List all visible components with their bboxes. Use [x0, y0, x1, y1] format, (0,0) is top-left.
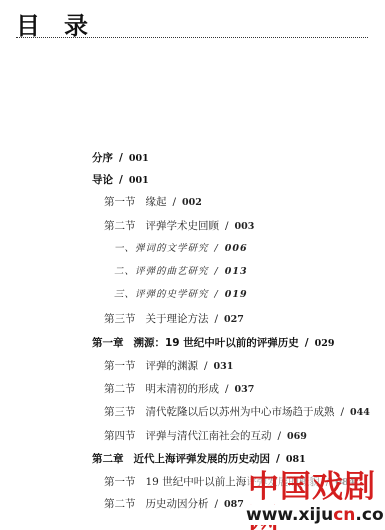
watermark-url-accent: cn	[333, 505, 355, 525]
toc-entry-separator: /	[173, 195, 177, 209]
toc-entry-number: 第二章	[92, 452, 124, 466]
toc-entry-number: 第一节	[104, 475, 136, 489]
toc-entry-separator: /	[119, 173, 123, 187]
toc-entry-page-number: 027	[224, 313, 244, 327]
toc-entry-number: 第一节	[104, 195, 136, 209]
toc-entry-separator: /	[119, 151, 123, 165]
watermark-url: www.xijucn.com	[244, 505, 385, 525]
toc-entry-separator: /	[341, 405, 345, 419]
toc-section-entry: 第二节评弹学术史回顾/003	[104, 219, 254, 234]
toc-entry-label: 导论	[92, 173, 113, 187]
toc-chapter-entry: 第二章近代上海评弹发展的历史动因/081	[92, 452, 306, 467]
toc-chapter-entry: 分序/001	[92, 151, 149, 166]
toc-entry-number: 第四节	[104, 429, 136, 443]
toc-entry-number: 第一节	[104, 359, 136, 373]
toc-chapter-entry: 第一章溯源：19 世纪中叶以前的评弹历史/029	[92, 336, 334, 351]
watermark-url-suffix: .com	[355, 505, 385, 525]
toc-entry-number: 第三节	[104, 312, 136, 326]
toc-entry-label: 缘起	[146, 195, 167, 209]
toc-entry-label: 历史动因分析	[146, 497, 209, 511]
toc-entry-separator: /	[215, 312, 219, 326]
toc-subsection-entry: 二、评弹的曲艺研究/013	[114, 265, 248, 279]
toc-entry-page-number: 069	[287, 430, 307, 444]
toc-entry-page-number: 002	[182, 196, 202, 210]
toc-entry-page-number: 006	[225, 242, 248, 256]
toc-entry-label: 关于理论方法	[146, 312, 209, 326]
toc-entry-page-number: 003	[235, 220, 255, 234]
toc-subsection-entry: 一、弹词的文学研究/006	[114, 242, 248, 256]
toc-entry-label: 分序	[92, 151, 113, 165]
toc-entry-label: 溯源：19 世纪中叶以前的评弹历史	[134, 336, 299, 350]
toc-section-entry: 第二节明末清初的形成/037	[104, 382, 254, 397]
toc-section-entry: 第一节缘起/002	[104, 195, 202, 210]
toc-entry-page-number: 019	[225, 288, 248, 302]
toc-entry-label: 三、评弹的史学研究	[114, 288, 209, 302]
toc-entry-page-number: 029	[315, 337, 335, 351]
toc-entry-page-number: 031	[214, 360, 234, 374]
toc-entry-label: 评弹与清代江南社会的互动	[146, 429, 272, 443]
toc-entry-label: 近代上海评弹发展的历史动因	[134, 452, 271, 466]
toc-entry-separator: /	[204, 359, 208, 373]
toc-entry-separator: /	[215, 242, 219, 256]
watermark: 中国戏剧网 www.xijucn.com	[240, 468, 385, 528]
toc-entry-number: 第一章	[92, 336, 124, 350]
toc-entry-separator: /	[276, 452, 280, 466]
toc-entry-page-number: 013	[225, 265, 248, 279]
toc-entry-number: 第二节	[104, 497, 136, 511]
toc-entry-page-number: 001	[129, 174, 149, 188]
toc-entry-page-number: 044	[350, 406, 370, 420]
toc-entry-page-number: 001	[129, 152, 149, 166]
toc-entry-separator: /	[215, 497, 219, 511]
toc-chapter-entry: 导论/001	[92, 173, 149, 188]
toc-entry-page-number: 037	[235, 383, 255, 397]
toc-entry-separator: /	[215, 265, 219, 279]
toc-section-entry: 第三节清代乾隆以后以苏州为中心市场趋于成熟/044	[104, 405, 370, 420]
toc-section-entry: 第二节历史动因分析/087	[104, 497, 244, 512]
toc-entry-number: 第二节	[104, 382, 136, 396]
toc-entry-separator: /	[225, 219, 229, 233]
toc-entry-label: 明末清初的形成	[146, 382, 220, 396]
toc-entry-label: 二、评弹的曲艺研究	[114, 265, 209, 279]
toc-entry-label: 评弹学术史回顾	[146, 219, 220, 233]
toc-entry-number: 第二节	[104, 219, 136, 233]
toc-entry-separator: /	[305, 336, 309, 350]
toc-entry-label: 一、弹词的文学研究	[114, 242, 209, 256]
toc-entry-page-number: 081	[286, 453, 306, 467]
toc-entry-number: 第三节	[104, 405, 136, 419]
toc-section-entry: 第三节关于理论方法/027	[104, 312, 244, 327]
toc-subsection-entry: 三、评弹的史学研究/019	[114, 288, 248, 302]
toc-entry-label: 评弹的渊源	[146, 359, 199, 373]
toc-entry-label: 清代乾隆以后以苏州为中心市场趋于成熟	[146, 405, 335, 419]
watermark-url-prefix: www.xiju	[246, 505, 333, 525]
toc-entry-separator: /	[278, 429, 282, 443]
toc-section-entry: 第四节评弹与清代江南社会的互动/069	[104, 429, 307, 444]
table-of-contents: 分序/001导论/001第一节缘起/002第二节评弹学术史回顾/003一、弹词的…	[0, 0, 385, 530]
toc-entry-separator: /	[225, 382, 229, 396]
toc-section-entry: 第一节评弹的渊源/031	[104, 359, 233, 374]
toc-entry-separator: /	[215, 288, 219, 302]
